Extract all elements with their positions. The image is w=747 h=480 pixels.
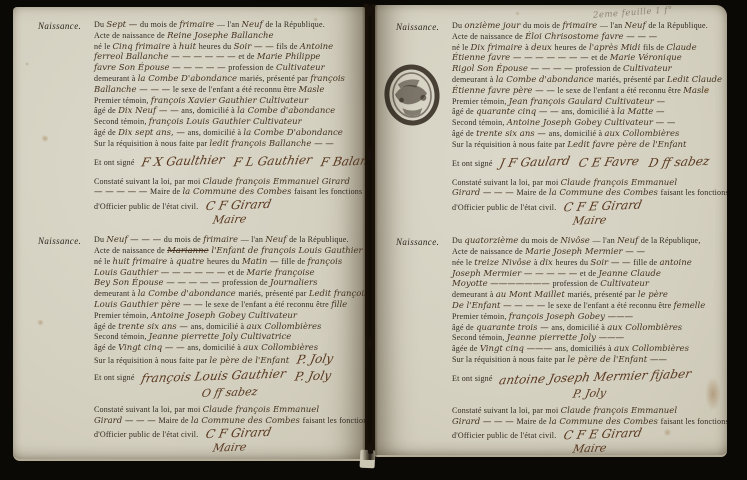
printed-text: ans, domicilié à bbox=[561, 107, 617, 116]
record-line: né le Dix frimaire à deux heures de l'ap… bbox=[452, 43, 727, 54]
handwritten-text: françois Xavier Gauthier Cultivateur bbox=[151, 96, 308, 106]
handwritten-text: au Mont Maillet bbox=[496, 290, 568, 300]
printed-text: d'Officier public de l'état civil. bbox=[452, 431, 559, 440]
printed-text: mariés, présenté par bbox=[567, 290, 637, 299]
handwritten-text: Claude bbox=[666, 43, 696, 53]
handwritten-text: Bey Son Épouse — — — — — bbox=[94, 278, 222, 288]
record-line: âgé de trente six ans — ans, domicilié à… bbox=[452, 129, 727, 140]
printed-text: Constaté suivant la loi, par moi bbox=[94, 405, 203, 414]
handwritten-text: — — — — — bbox=[94, 187, 150, 197]
handwritten-text: françois bbox=[310, 74, 345, 84]
handwritten-text: Marie Philippe bbox=[257, 52, 321, 62]
binding-stitch bbox=[368, 6, 373, 16]
handwritten-text: Girard — — — bbox=[452, 417, 516, 427]
printed-text: Et ont signé bbox=[94, 373, 137, 382]
record-line: Premier témoin, françois Xavier Gauthier… bbox=[94, 96, 365, 107]
handwritten-text: Ballanche — — — bbox=[94, 85, 173, 95]
handwritten-text: Neuf bbox=[625, 21, 649, 31]
printed-text: demeurant à bbox=[452, 75, 496, 84]
handwritten-text: ferreol Ballanche — — — — — — bbox=[94, 52, 238, 62]
record-line: Rigol Son Épouse — — — — profession de C… bbox=[452, 64, 727, 75]
printed-text: mariés, présenté par bbox=[596, 75, 666, 84]
handwritten-text: Jeanne pierrette Joly ——— bbox=[507, 333, 624, 343]
record-line: demeurant à la Combe d'abondance mariés,… bbox=[94, 289, 365, 300]
printed-text: Acte de naissance de bbox=[94, 246, 167, 255]
handwritten-text: aux Collombières bbox=[607, 323, 682, 333]
handwritten-text: Masle bbox=[299, 85, 325, 95]
record-line: Et ont signé J F GaulardC E FavreD ff sa… bbox=[452, 153, 727, 171]
book-gutter bbox=[362, 4, 378, 460]
handwritten-text: huit frimaire bbox=[113, 257, 170, 267]
handwritten-text: Antoine Joseph Gobey Cultivateur bbox=[151, 311, 297, 321]
record-body: Du onzième jour du mois de frimaire — l'… bbox=[452, 21, 727, 228]
printed-text: ans, domicilié à bbox=[187, 343, 243, 352]
record-line: d'Officier public de l'état civil. C F E… bbox=[452, 199, 727, 214]
printed-text: du mois de bbox=[523, 21, 562, 30]
handwritten-text: Claude françois Emmanuel bbox=[561, 406, 677, 416]
record-line: Ballanche — — — le sexe de l'enfant a ét… bbox=[94, 85, 365, 96]
printed-text: demeurant à bbox=[94, 74, 138, 83]
handwritten-text: Soir — — bbox=[590, 258, 633, 268]
handwritten-text: Masle bbox=[683, 86, 709, 96]
handwritten-text: antoine bbox=[659, 258, 691, 268]
printed-text: du mois de bbox=[521, 236, 560, 245]
printed-text: Du bbox=[452, 236, 464, 245]
handwritten-text: Jean françois Gaulard Cultivateur — bbox=[509, 97, 665, 107]
printed-text: profession de bbox=[228, 63, 276, 72]
handwritten-text: Marie Véronique bbox=[610, 53, 682, 63]
printed-text: né le bbox=[94, 257, 113, 266]
handwritten-text: Jeanne pierrette Joly Cultivatrice bbox=[149, 332, 292, 342]
record-line: Louis Gauthier — — — — — — et de Marie f… bbox=[94, 268, 365, 279]
handwritten-text: Neuf — — — bbox=[106, 235, 163, 245]
struck-handwritten-text: Marianne bbox=[167, 246, 209, 256]
handwritten-text: la Commune des Combes bbox=[182, 187, 294, 197]
printed-text: âgé de bbox=[452, 323, 476, 332]
record-line: P. Joly bbox=[452, 388, 727, 399]
handwritten-text: favre Son Épouse — — — — — bbox=[94, 63, 228, 73]
printed-text: faisant les fonctions bbox=[303, 416, 365, 425]
record-line: âgé de Dix sept ans, — ans, domicilié à … bbox=[94, 128, 365, 139]
handwritten-text: Éloi Chrisostome favre — — — bbox=[525, 32, 657, 42]
printed-text: faisant les fonctions bbox=[294, 187, 362, 196]
handwritten-text: fille bbox=[331, 300, 347, 310]
handwritten-text: aux Collombières bbox=[614, 344, 689, 354]
printed-text: et de bbox=[580, 269, 599, 278]
printed-text: profession de bbox=[553, 279, 601, 288]
left-page: Naissance.Du Sept — du mois de frimaire … bbox=[13, 7, 365, 461]
record-line: âgé de trente six ans — ans, domicilié à… bbox=[94, 322, 365, 333]
record-margin-label: Naissance. bbox=[38, 235, 94, 455]
record-line: âgé de Dix Neuf — — ans, domicilié à la … bbox=[94, 106, 365, 117]
signature-text: F L Gauthier bbox=[232, 150, 314, 171]
printed-text: âgé de bbox=[94, 322, 118, 331]
record-line: Constaté suivant la loi, par moi Claude … bbox=[94, 177, 365, 188]
handwritten-text: Claude françois Emmanuel Girard bbox=[203, 177, 350, 187]
record-line: O ff sabez bbox=[94, 387, 365, 398]
handwritten-text: Moyotte ——————— bbox=[452, 279, 553, 289]
handwritten-text: quarante trois — bbox=[476, 323, 551, 333]
signature-text: Maire bbox=[571, 214, 607, 229]
record-line: De l'Enfant — — — — le sexe de l'enfant … bbox=[452, 301, 727, 312]
handwritten-text: treize Nivôse bbox=[474, 258, 534, 268]
printed-text: d'Officier public de l'état civil. bbox=[94, 430, 201, 439]
printed-text: de la République. bbox=[265, 20, 325, 29]
record-line: Maire bbox=[452, 214, 727, 228]
handwritten-text: trente six ans — bbox=[118, 322, 191, 332]
handwritten-text: la Matte — bbox=[617, 107, 664, 117]
record-line: Acte de naissance de Marianne l'Enfant d… bbox=[94, 246, 365, 257]
printed-text: Du bbox=[94, 235, 106, 244]
handwritten-text: Matin — bbox=[242, 257, 281, 267]
printed-text: du mois de bbox=[164, 235, 203, 244]
printed-text: âgée de bbox=[452, 344, 480, 353]
handwritten-text: françois Joseph Gobey ——— bbox=[509, 312, 633, 322]
record-line: Second témoin, Antoine Joseph Gobey Cult… bbox=[452, 118, 727, 129]
signature-text: Maire bbox=[211, 441, 247, 456]
printed-text: Second témoin, bbox=[452, 333, 507, 342]
record-line: d'Officier public de l'état civil. C F G… bbox=[94, 426, 365, 441]
handwritten-text: françois bbox=[307, 257, 342, 267]
record-line: Premier témoin, françois Joseph Gobey ——… bbox=[452, 312, 727, 323]
printed-text: Premier témoin, bbox=[452, 97, 509, 106]
record-line: Second témoin, Jeanne pierrette Joly ——— bbox=[452, 333, 727, 344]
handwritten-text: Journaliers bbox=[270, 278, 318, 288]
printed-text: profession de bbox=[222, 278, 270, 287]
handwritten-text: Antoine bbox=[300, 42, 333, 52]
handwritten-text: Jeanne Claude bbox=[598, 269, 660, 279]
record-line: Sur la réquisition à nous faite par le p… bbox=[94, 354, 365, 365]
birth-record: Naissance.Du onzième jour du mois de fri… bbox=[396, 21, 727, 228]
handwritten-text: huit bbox=[179, 42, 199, 52]
handwritten-text: Dix sept ans, — bbox=[118, 128, 188, 138]
printed-text: ans, domicilié à bbox=[551, 323, 607, 332]
record-margin-label: Naissance. bbox=[38, 20, 94, 227]
printed-text: fille de bbox=[281, 257, 307, 266]
record-line: Étienne favre — — — — — — — et de Marie … bbox=[452, 53, 727, 64]
signature-text: P. Joly bbox=[293, 366, 333, 385]
printed-text: heures du bbox=[556, 258, 591, 267]
record-line: Et ont signé françois Louis GauthierP. J… bbox=[94, 367, 365, 385]
printed-text: le sexe de l'enfant a été reconnu être bbox=[205, 300, 331, 309]
printed-text: Et ont signé bbox=[452, 159, 495, 168]
handwritten-text: la Commune des Combes bbox=[191, 416, 303, 426]
record-line: demeurant à la Combe D'abondance mariés,… bbox=[94, 74, 365, 85]
signature-text: C E Favre bbox=[577, 152, 641, 172]
record-body: Du quatorzième du mois de Nivôse — l'an … bbox=[452, 236, 727, 456]
printed-text: de la République. bbox=[648, 21, 708, 30]
handwritten-text: frimaire bbox=[179, 20, 217, 30]
record-line: Second témoin, Jeanne pierrette Joly Cul… bbox=[94, 332, 365, 343]
handwritten-text: Cinq frimaire bbox=[113, 42, 173, 52]
scanned-register-photo: Naissance.Du Sept — du mois de frimaire … bbox=[0, 0, 747, 480]
record-line: Et ont signé antoine Joseph Mermier fija… bbox=[452, 368, 727, 386]
signature-text: F Balanche bbox=[319, 150, 365, 170]
printed-text: âgé de bbox=[452, 129, 476, 138]
record-line: Constaté suivant la loi, par moi Claude … bbox=[94, 405, 365, 416]
printed-text: demeurant à bbox=[94, 289, 138, 298]
printed-text: Constaté suivant la loi, par moi bbox=[452, 406, 561, 415]
handwritten-text: trente six ans — bbox=[476, 129, 549, 139]
handwritten-text: femelle bbox=[674, 301, 706, 311]
binding-stitch bbox=[368, 149, 373, 161]
record-line: Bey Son Épouse — — — — — profession de J… bbox=[94, 278, 365, 289]
record-line: Maire bbox=[94, 213, 365, 227]
record-line: âgé de quarante cinq — — ans, domicilié … bbox=[452, 107, 727, 118]
handwritten-text: Joseph Mermier — — — — — bbox=[452, 269, 580, 279]
signature-text: D ff sabez bbox=[647, 152, 711, 172]
printed-text: ans, domicilié à bbox=[181, 106, 237, 115]
printed-text: née le bbox=[452, 258, 474, 267]
birth-record: Naissance.Du Sept — du mois de frimaire … bbox=[38, 20, 365, 227]
printed-text: Acte de naissance de bbox=[452, 32, 525, 41]
record-line: Du onzième jour du mois de frimaire — l'… bbox=[452, 21, 727, 32]
record-line: Acte de naissance de Éloi Chrisostome fa… bbox=[452, 32, 727, 43]
printed-text: d'Officier public de l'état civil. bbox=[94, 202, 201, 211]
printed-text: heures de bbox=[555, 43, 589, 52]
birth-record: Naissance.Du Neuf — — — du mois de frima… bbox=[38, 235, 365, 455]
handwritten-text: Ledit françois bbox=[309, 289, 365, 299]
printed-text: le sexe de l'enfant a été reconnu être bbox=[173, 85, 299, 94]
handwritten-text: ledit françois Ballanche — — bbox=[209, 139, 333, 149]
handwritten-text: la Combe d'abondance bbox=[496, 75, 597, 85]
handwritten-text: Girard — — — bbox=[452, 188, 516, 198]
left-page-records: Naissance.Du Sept — du mois de frimaire … bbox=[13, 7, 365, 455]
printed-text: de la République, bbox=[641, 236, 701, 245]
handwritten-text: Antoine Joseph Gobey Cultivateur — — bbox=[507, 118, 676, 128]
printed-text: ans, domicilié à bbox=[188, 128, 244, 137]
handwritten-text: Vingt cinq — — bbox=[118, 343, 187, 353]
printed-text: du mois de bbox=[140, 20, 179, 29]
printed-text: âgé de bbox=[94, 128, 118, 137]
printed-text: de la République. bbox=[289, 235, 349, 244]
printed-text: né le bbox=[94, 42, 113, 51]
printed-text: Constaté suivant la loi, par moi bbox=[94, 177, 203, 186]
printed-text: Second témoin, bbox=[94, 117, 149, 126]
handwritten-text: aux Collombières bbox=[246, 322, 321, 332]
handwritten-text: dix bbox=[540, 258, 556, 268]
record-line: Sur la réquisition à nous faite par Ledi… bbox=[452, 140, 727, 151]
printed-text: Acte de naissance de bbox=[452, 247, 525, 256]
record-line: Étienne favre père — — le sexe de l'enfa… bbox=[452, 86, 727, 97]
signature-text: O ff sabez bbox=[201, 386, 259, 399]
handwritten-text: Girard — — — bbox=[94, 416, 158, 426]
printed-text: Du bbox=[94, 20, 106, 29]
handwritten-text: Vingt cinq ——— bbox=[480, 344, 555, 354]
printed-text: fille de bbox=[633, 258, 659, 267]
handwritten-text: quatre bbox=[176, 257, 207, 267]
handwritten-text: frimaire bbox=[203, 235, 241, 245]
printed-text: — l'an bbox=[592, 236, 617, 245]
printed-text: d'Officier public de l'état civil. bbox=[452, 203, 559, 212]
handwritten-text: Marie françoise bbox=[247, 268, 315, 278]
printed-text: faisant les fonctions bbox=[661, 417, 727, 426]
handwritten-text: quatorzième bbox=[464, 236, 521, 246]
handwritten-text: onzième jour bbox=[464, 21, 523, 31]
printed-text: profession de bbox=[575, 64, 623, 73]
printed-text: fils de bbox=[276, 42, 299, 51]
handwritten-text: Ledit Claude bbox=[667, 75, 722, 85]
printed-text: — l'an bbox=[241, 235, 266, 244]
handwritten-text: la Combe d'abondance bbox=[138, 289, 239, 299]
printed-text: Premier témoin, bbox=[452, 312, 509, 321]
printed-text: heures du bbox=[207, 257, 242, 266]
printed-text: Constaté suivant la loi, par moi bbox=[452, 178, 561, 187]
handwritten-text: Rigol Son Épouse — — — — bbox=[452, 64, 575, 74]
record-line: Premier témoin, Antoine Joseph Gobey Cul… bbox=[94, 311, 365, 322]
printed-text: Et ont signé bbox=[452, 374, 495, 383]
record-line: — — — — — Maire de la Commune des Combes… bbox=[94, 187, 365, 198]
signature-text: J F Gaulard bbox=[498, 151, 572, 171]
handwritten-text: l'Enfant de françois Louis Gauthier bbox=[209, 246, 363, 256]
record-line: né le huit frimaire à quatre heures du M… bbox=[94, 257, 365, 268]
printed-text: Acte de naissance de bbox=[94, 31, 167, 40]
printed-text: demeurant à bbox=[452, 290, 496, 299]
record-line: demeurant à la Combe d'abondance mariés,… bbox=[452, 75, 727, 86]
handwritten-text: Cultivateur bbox=[600, 279, 649, 289]
printed-text: ans, domicilié à bbox=[549, 129, 605, 138]
handwritten-text: Ledit favre père de l'Enfant bbox=[567, 140, 686, 150]
printed-text: Maire de bbox=[516, 188, 548, 197]
handwritten-text: Soir — — bbox=[234, 42, 277, 52]
signature-text: Maire bbox=[571, 442, 607, 457]
birth-record: Naissance.Du quatorzième du mois de Nivô… bbox=[396, 236, 727, 456]
printed-text: Second témoin, bbox=[452, 118, 507, 127]
record-line: Constaté suivant la loi, par moi Claude … bbox=[452, 406, 727, 417]
record-line: Moyotte ——————— profession de Cultivateu… bbox=[452, 279, 727, 290]
handwritten-text: la Commune des Combes bbox=[549, 188, 661, 198]
signature-text: Maire bbox=[211, 213, 247, 228]
record-line: Louis Gauthier père — — le sexe de l'enf… bbox=[94, 300, 365, 311]
signature-text: françois Louis Gauthier bbox=[140, 364, 288, 387]
printed-text: Sur la réquisition à nous faite par bbox=[452, 355, 567, 364]
printed-text: âgé de bbox=[94, 106, 118, 115]
record-line: Acte de naissance de Marie Joseph Mermie… bbox=[452, 247, 727, 258]
record-line: Girard — — — Maire de la Commune des Com… bbox=[452, 417, 727, 428]
record-line: Du Sept — du mois de frimaire — l'an Neu… bbox=[94, 20, 365, 31]
record-line: Et ont signé F X GaulthierF L GauthierF … bbox=[94, 152, 365, 170]
printed-text: et de bbox=[238, 52, 257, 61]
record-margin-label: Naissance. bbox=[396, 236, 452, 456]
record-line: Second témoin, françois Louis Gauthier C… bbox=[94, 117, 365, 128]
printed-text: Sur la réquisition à nous faite par bbox=[94, 356, 209, 365]
record-line: Du quatorzième du mois de Nivôse — l'an … bbox=[452, 236, 727, 247]
handwritten-text: Nivôse bbox=[560, 236, 592, 246]
handwritten-text: Étienne favre — — — — — — — bbox=[452, 53, 591, 63]
handwritten-text: Louis Gauthier père — — bbox=[94, 300, 205, 310]
handwritten-text: la Commune des Combes bbox=[549, 417, 661, 427]
handwritten-text: françois Louis Gauthier Cultivateur bbox=[149, 117, 302, 127]
printed-text: Maire de bbox=[158, 416, 190, 425]
record-line: né le Cinq frimaire à huit heures du Soi… bbox=[94, 42, 365, 53]
ink-stamp-icon bbox=[380, 60, 444, 130]
binding-stitch bbox=[368, 337, 373, 349]
printed-text: Premier témoin, bbox=[94, 311, 151, 320]
printed-text: Et ont signé bbox=[94, 158, 137, 167]
record-line: Du Neuf — — — du mois de frimaire — l'an… bbox=[94, 235, 365, 246]
record-body: Du Neuf — — — du mois de frimaire — l'an… bbox=[94, 235, 365, 455]
printed-text: Premier témoin, bbox=[94, 96, 151, 105]
right-page: 2eme feuille 1 f° Naissance.Du onzième j… bbox=[375, 5, 727, 457]
binding-stitch bbox=[368, 444, 373, 454]
record-line: Sur la réquisition à nous faite par ledi… bbox=[94, 139, 365, 150]
handwritten-text: Cultivateur bbox=[276, 63, 325, 73]
record-line: âgée de Vingt cinq ——— ans, domiciliés à… bbox=[452, 344, 727, 355]
signature-text: C F Girard bbox=[204, 197, 272, 214]
record-line: ferreol Ballanche — — — — — — et de Mari… bbox=[94, 52, 365, 63]
handwritten-text: Claude françois Emmanuel bbox=[203, 405, 319, 415]
record-line: Maire bbox=[452, 442, 727, 456]
handwritten-text: Neuf bbox=[617, 236, 641, 246]
printed-text: ans, domiciliés à bbox=[555, 344, 614, 353]
printed-text: heures du bbox=[199, 42, 234, 51]
signature-text: F X Gaulthier bbox=[140, 150, 226, 171]
handwritten-text: le père bbox=[638, 290, 668, 300]
handwritten-text: De l'Enfant — — — — bbox=[452, 301, 548, 311]
printed-text: mariés, présenté par bbox=[240, 74, 310, 83]
record-line: d'Officier public de l'état civil. C F E… bbox=[452, 427, 727, 442]
record-line: d'Officier public de l'état civil. C F G… bbox=[94, 198, 365, 213]
printed-text: âgé de bbox=[94, 343, 118, 352]
record-line: Girard — — — Maire de la Commune des Com… bbox=[452, 188, 727, 199]
record-line: favre Son Épouse — — — — — profession de… bbox=[94, 63, 365, 74]
printed-text: et de bbox=[591, 53, 610, 62]
printed-text: Du bbox=[452, 21, 464, 30]
printed-text: Sur la réquisition à nous faite par bbox=[452, 140, 567, 149]
handwritten-text: Étienne favre père — — bbox=[452, 86, 558, 96]
signature-text: antoine Joseph Mermier fijaber bbox=[497, 364, 692, 389]
handwritten-text: Dix Neuf — — bbox=[118, 106, 181, 116]
printed-text: né le bbox=[452, 43, 471, 52]
handwritten-text: Sept — bbox=[106, 20, 140, 30]
handwritten-text: aux Collombières bbox=[604, 129, 679, 139]
handwritten-text: Marie Joseph Mermier — — bbox=[525, 247, 645, 257]
handwritten-text: l'après Midi bbox=[589, 43, 643, 53]
printed-text: faisant les fonctions bbox=[661, 188, 727, 197]
printed-text: Maire de bbox=[150, 187, 182, 196]
record-line: âgé de quarante trois — ans, domicilié à… bbox=[452, 323, 727, 334]
handwritten-text: Louis Gauthier — — — — — — bbox=[94, 268, 228, 278]
handwritten-text: la Combe D'abondance bbox=[138, 74, 240, 84]
handwritten-text: le père de l'Enfant —— bbox=[567, 355, 666, 365]
record-line: Premier témoin, Jean françois Gaulard Cu… bbox=[452, 97, 727, 108]
printed-text: le sexe de l'enfant a été reconnu être bbox=[558, 86, 684, 95]
printed-text: Second témoin, bbox=[94, 332, 149, 341]
printed-text: Sur la réquisition à nous faite par bbox=[94, 139, 209, 148]
printed-text: et de bbox=[228, 268, 247, 277]
record-body: Du Sept — du mois de frimaire — l'an Neu… bbox=[94, 20, 365, 227]
record-line: Joseph Mermier — — — — — et de Jeanne Cl… bbox=[452, 269, 727, 280]
printed-text: le sexe de l'enfant a été reconnu être bbox=[548, 301, 674, 310]
handwritten-text: la Combe d'abondance bbox=[237, 106, 335, 116]
record-line: Constaté suivant la loi, par moi Claude … bbox=[452, 178, 727, 189]
record-line: demeurant à au Mont Maillet mariés, prés… bbox=[452, 290, 727, 301]
printed-text: fils de bbox=[643, 43, 666, 52]
handwritten-text: Dix frimaire bbox=[471, 43, 526, 53]
printed-text: mariés, présenté par bbox=[238, 289, 308, 298]
handwritten-text: la Combe D'abondance bbox=[243, 128, 342, 138]
signature-text: P. Joly bbox=[572, 387, 607, 399]
handwritten-text: Reine Josephe Ballanche bbox=[167, 31, 273, 41]
record-line: Acte de naissance de Reine Josephe Balla… bbox=[94, 31, 365, 42]
handwritten-text: Neuf bbox=[242, 20, 266, 30]
handwritten-text: Neuf bbox=[265, 235, 289, 245]
printed-text: — l'an bbox=[600, 21, 625, 30]
handwritten-text: frimaire bbox=[562, 21, 600, 31]
printed-text: âgé de bbox=[452, 107, 476, 116]
handwritten-text: quarante cinq — — bbox=[476, 107, 561, 117]
handwritten-text: Cultivateur bbox=[623, 64, 672, 74]
